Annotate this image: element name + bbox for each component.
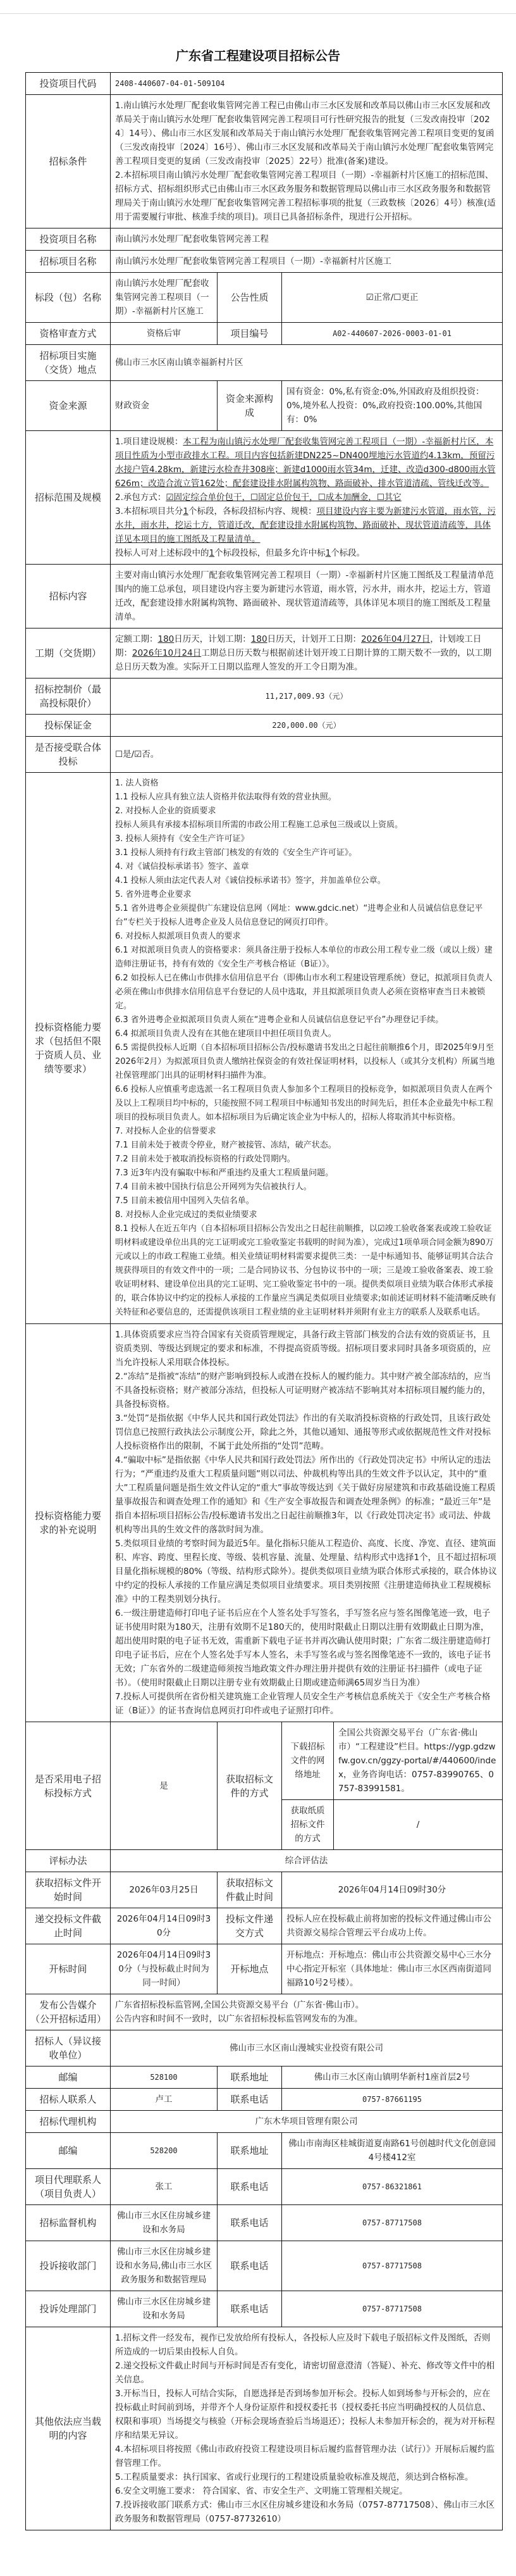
value-tenderer-contact: 卢工 — [111, 2089, 218, 2111]
label-tenderer-phone: 联系电话 — [218, 2089, 282, 2111]
period-text-a: 定额工期： — [115, 634, 158, 644]
row-location: 招标项目实施（交货）地点 佛山市三水区南山镇幸福新村片区 — [26, 345, 503, 381]
media-line-1: 广东省招标投标监管网,全国公共资源交易平台（广东省·佛山市）。 — [115, 1998, 498, 2012]
qualification-line: 7.1 目前未处于被责令停业，财产被接管、冻结，破产状态。 — [115, 1139, 498, 1153]
row-content: 招标内容 主要对南山镇污水处理厂配套收集管网完善工程项目（一期）-幸福新村片区施… — [26, 565, 503, 628]
label-project-number: 项目编号 — [218, 323, 282, 345]
qualification-line: 1. 法人资格 — [115, 777, 498, 791]
supplement-line: 1.具体资质要求应当符合国家有关资质管理规定，具备行政主管部门核发的合法有效的资… — [115, 1328, 498, 1370]
value-electronic: 是 — [111, 1722, 218, 1850]
row-tenderer: 招标人（异议接收单位） 佛山市三水区南山漫城实业投资有限公司 — [26, 2030, 503, 2066]
label-submit-deadline: 递交投标文件截止时间 — [26, 1908, 111, 1944]
others-line: 1.招标文件一经发布，视作已发放给所有投标人，各投标人应及时下载电子版招标文件及… — [115, 2331, 498, 2359]
scope-win-count: 1 — [326, 548, 331, 558]
qualification-line: 3. 投标人须持有《安全生产许可证》 — [115, 832, 498, 846]
value-tenderer-postcode: 528100 — [111, 2066, 218, 2089]
row-qualification: 投标资格能力要求（包括但不限于资质人员、业绩等要求） 1. 法人资格 1.1 投… — [26, 773, 503, 1324]
value-funding: 财政资金 — [111, 381, 218, 431]
value-control-price: 11,217,009.93（元） — [111, 678, 503, 715]
label-tenderer-address: 联系地址 — [218, 2066, 282, 2089]
value-complaint-handle-phone: 0757-87717508 — [282, 2291, 503, 2327]
value-consortium: ☐是/☑否。 — [111, 737, 503, 773]
qualification-line: 5. 省外进粤企业要求 — [115, 888, 498, 902]
others-line: 6.安全文明施工要求： 符合国家、省、市安全生产、文明施工管理相关规定。 — [115, 2484, 498, 2498]
value-tenderer-address: 佛山市三水区南山镇明华新村1座首层2号 — [282, 2066, 503, 2089]
supplement-line: 3.“处罚”是指依据《中华人民共和国行政处罚法》作出的有关取消投标资格的行政处罚… — [115, 1411, 498, 1453]
media-line-2: 公告内容和时间不一致时，以广东省招标投标监管网发布的为准。 — [115, 2012, 498, 2026]
value-complaint-receive-phone: 0757-87717508 — [282, 2241, 503, 2291]
period-start-date: 2026年04月27日 — [361, 634, 430, 644]
scope-item-2-body: ☑固定综合单价包干，☐固定总价包干，☐成本加酬金，☐其它 — [166, 492, 401, 503]
supplement-line: 4.“骗取中标”是指依据《中华人民共和国行政处罚法》所作出的《行政处罚决定书》中… — [115, 1453, 498, 1537]
row-media: 发布公告媒介（公开招标适用） 广东省招标投标监管网,全国公共资源交易平台（广东省… — [26, 1994, 503, 2030]
row-obtain-time: 获取招标文件开始时间 2026年03月25日 获取招标文件截止时间 2026年0… — [26, 1872, 503, 1908]
label-others: 其他依法应当载明的内容 — [26, 2327, 111, 2530]
qualification-line: 7.4 目前未被中国执行信息公开网列为失信被执行人。 — [115, 1180, 498, 1194]
row-submit: 递交投标文件截止时间 2026年04月14日09时30分 投标文件递交方式 投标… — [26, 1908, 503, 1944]
qualification-line: 3.1 投标人须持有行政主管部门核发的有效的《安全生产许可证》。 — [115, 846, 498, 860]
row-supplement: 投标资格能力要求的补充说明 1.具体资质要求应当符合国家有关资质管理规定，具备行… — [26, 1324, 503, 1722]
value-agency: 广东木华项目管理有限公司 — [111, 2111, 503, 2133]
label-conditions: 招标条件 — [26, 95, 111, 228]
row-investment-name: 投资项目名称 南山镇污水处理厂配套收集管网完善工程 — [26, 228, 503, 251]
qualification-line: 6.1 对拟派项目负责人的资格要求：须具备注册于投标人本单位的市政公用工程专业二… — [115, 944, 498, 972]
label-agency-postcode: 邮编 — [26, 2133, 111, 2169]
qualification-line: 7.3 近3年内没有骗取中标和严重违约及重大工程质量问题。 — [115, 1166, 498, 1180]
period-plan-days: 180 — [251, 634, 267, 644]
label-supervision: 招标监督机构 — [26, 2205, 111, 2241]
qualification-line: 6. 对投标人拟派项目负责人的要求 — [115, 930, 498, 944]
qualification-line: 7.5 目前未被信用中国列入失信名单。 — [115, 1194, 498, 1208]
scope-item-2: 2.承包方式：☑固定综合单价包干，☐固定总价包干，☐成本加酬金，☐其它 — [115, 491, 498, 504]
label-investment-name: 投资项目名称 — [26, 228, 111, 251]
label-funding-composition: 资金来源构成 — [218, 381, 282, 431]
qualification-line: 6.3 省外进粤企业拟派项目负责人须在“进粤企业和人员诚信信息登记平台”办理登记… — [115, 1013, 498, 1027]
period-text-b: 日历天，计划工期： — [174, 634, 251, 644]
label-content: 招标内容 — [26, 565, 111, 628]
label-opening-place: 开标地点 — [218, 1944, 282, 1994]
row-consortium: 是否接受联合体投标 ☐是/☑否。 — [26, 737, 503, 773]
row-tenderer-contact: 招标人联系人 卢工 联系电话 0757-87661195 — [26, 2089, 503, 2111]
row-agency-post: 邮编 528200 联系地址 佛山市南海区桂城街道夏南路61号创越时代文化创意园… — [26, 2133, 503, 2169]
label-media: 发布公告媒介（公开招标适用） — [26, 1994, 111, 2030]
scope-item-2-prefix: 2.承包方式： — [115, 492, 166, 503]
qualification-line: 6.5 需提供投标人近期（自本招标项目招标公告/投标邀请书发出之日起往前顺推6个… — [115, 1041, 498, 1083]
value-opening-time: 2026年04月14日09时30分（与投标截止时间为同一时间） — [111, 1944, 218, 1994]
row-evaluation: 评标办法 综合评估法 — [26, 1850, 503, 1872]
label-agency-contact: 项目代理联系人（项目负责人） — [26, 2169, 111, 2205]
bottom-spacer — [0, 2530, 516, 2576]
value-supervision-phone: 0757-87717508 — [282, 2205, 503, 2241]
value-qualification: 1. 法人资格 1.1 投标人应具有独立法人资格并依法取得有效的营业执照。 2.… — [111, 773, 503, 1324]
row-conditions: 招标条件 1.南山镇污水处理厂配套收集管网完善工程已由佛山市三水区发展和改革局以… — [26, 95, 503, 228]
label-submit-method: 投标文件递交方式 — [218, 1908, 282, 1944]
label-complaint-handle: 投诉处理部门 — [26, 2291, 111, 2327]
period-quota-days: 180 — [158, 634, 175, 644]
label-tender-name: 招标项目名称 — [26, 251, 111, 273]
row-complaint-receive: 投诉接收部门 佛山市三水区住房城乡建设和水务局,佛山市三水区政务服务和数据管理局… — [26, 2241, 503, 2291]
label-notice-nature: 公告性质 — [218, 273, 282, 323]
value-notice-nature: ☑正常/☐更正 — [282, 273, 503, 323]
label-tenderer-contact: 招标人联系人 — [26, 2089, 111, 2111]
label-agency-address: 联系地址 — [218, 2133, 282, 2169]
label-complaint-receive: 投诉接收部门 — [26, 2241, 111, 2291]
value-section: 南山镇污水处理厂配套收集管网完善工程项目（一期）-幸福新村片区施工 — [111, 273, 218, 323]
value-project-code: 2408-440607-04-01-509104 — [111, 73, 503, 95]
label-obtain-start: 获取招标文件开始时间 — [26, 1872, 111, 1908]
scope-item-3-mid: 个标段，各标段招标内容、规模： — [188, 506, 317, 516]
value-period: 定额工期：180日历天，计划工期：180日历天，计划开工日期：2026年04月2… — [111, 628, 503, 678]
row-agency-contact: 项目代理联系人（项目负责人） 张工 联系电话 0757-86321861 — [26, 2169, 503, 2205]
qualification-line: 8.1 投标人在近五年内（自本招标项目招标公告发出之日起往前顺推，以☑竣工验收备… — [115, 1222, 498, 1320]
label-supervision-phone: 联系电话 — [218, 2205, 282, 2241]
qualification-line: 投标人须具有承接本招标项目所需的市政公用工程施工总承包三级或以上资质。 — [115, 818, 498, 832]
row-project-code: 投资项目代码 2408-440607-04-01-509104 — [26, 73, 503, 95]
row-control-price: 招标控制价（最高投标限价） 11,217,009.93（元） — [26, 678, 503, 715]
label-complaint-handle-phone: 联系电话 — [218, 2291, 282, 2327]
qualification-line: 4.1 投标人须由法定代表人对《诚信投标承诺书》签字，并加盖单位公章。 — [115, 874, 498, 888]
row-tender-name: 招标项目名称 南山镇污水处理厂配套收集管网完善工程项目（一期）-幸福新村片区施工 — [26, 251, 503, 273]
value-project-number: A02-440607-2026-0003-01-01 — [282, 323, 503, 345]
value-media: 广东省招标投标监管网,全国公共资源交易平台（广东省·佛山市）。 公告内容和时间不… — [111, 1994, 503, 2030]
value-location: 佛山市三水区南山镇幸福新村片区 — [111, 345, 503, 381]
value-obtain-end: 2026年04月14日09时30分 — [282, 1872, 503, 1908]
tender-notice-table: 投资项目代码 2408-440607-04-01-509104 招标条件 1.南… — [25, 72, 503, 2530]
value-investment-name: 南山镇污水处理厂配套收集管网完善工程 — [111, 228, 503, 251]
label-control-price: 招标控制价（最高投标限价） — [26, 678, 111, 715]
row-tenderer-post: 邮编 528100 联系地址 佛山市三水区南山镇明华新村1座首层2号 — [26, 2066, 503, 2089]
label-opening-time: 开标时间 — [26, 1944, 111, 1994]
value-tender-name: 南山镇污水处理厂配套收集管网完善工程项目（一期）-幸福新村片区施工 — [111, 251, 503, 273]
value-download-address[interactable]: 全国公共资源交易平台（广东省·佛山市）“工程建设”栏目。https://ygp.… — [334, 1722, 503, 1800]
supplement-line: 6.一级注册建造师打印电子证书后应在个人签名处手写签名，手写签名应与签名图像笔迹… — [115, 1606, 498, 1690]
label-deposit: 投标保证金 — [26, 715, 111, 737]
value-agency-contact: 张工 — [111, 2169, 218, 2205]
value-others: 1.招标文件一经发布，视作已发放给所有投标人，各投标人应及时下载电子版招标文件及… — [111, 2327, 503, 2530]
value-deposit: 220,000.00（元） — [111, 715, 503, 737]
conditions-p1: 1.南山镇污水处理厂配套收集管网完善工程已由佛山市三水区发展和改革局以佛山市三水… — [115, 99, 498, 168]
scope-item-3: 3.本招标项目共分1个标段，各标段招标内容、规模：项目建设内容主要为新建污水管道… — [115, 504, 498, 546]
label-electronic: 是否采用电子招标投标方式 — [26, 1722, 111, 1850]
row-agency: 招标代理机构 广东木华项目管理有限公司 — [26, 2111, 503, 2133]
qualification-line: 6.4 拟派项目负责人没有在其他在建项目中担任项目负责人。 — [115, 1027, 498, 1041]
row-scope: 招标范围及规模 1.项目建设规模：本工程为南山镇污水处理厂配套收集管网完善工程项… — [26, 431, 503, 565]
top-divider — [0, 0, 516, 14]
label-supplement: 投标资格能力要求的补充说明 — [26, 1324, 111, 1722]
scope-section-count: 1 — [183, 506, 188, 516]
scope-item-4-b: 个标段投标，但最多允许中标 — [214, 548, 326, 558]
label-scope: 招标范围及规模 — [26, 431, 111, 565]
qualification-line: 1.1 投标人应具有独立法人资格并依法取得有效的营业执照。 — [115, 791, 498, 804]
qualification-line: 7.2 目前未处于被取消投标资格的行政处罚期内。 — [115, 1153, 498, 1166]
label-obtain-method: 获取招标文件的方式 — [218, 1722, 282, 1850]
conditions-p2: 2.本招标项目南山镇污水处理厂配套收集管网完善工程项目（一期）-幸福新村片区施工… — [115, 168, 498, 224]
label-paper-method: 获取纸质招标文件的方式 — [282, 1800, 334, 1850]
label-location: 招标项目实施（交货）地点 — [26, 345, 111, 381]
others-line: 2.递交投标文件截止时间与开标时间是否有变化，请密切留意澄清（答疑）、补充、修改… — [115, 2359, 498, 2387]
label-download-address: 下载招标文件的网络地址 — [282, 1722, 334, 1800]
label-qualification: 投标资格能力要求（包括但不限于资质人员、业绩等要求） — [26, 773, 111, 1324]
qualification-line: 7. 对投标人企业的信誉要求 — [115, 1125, 498, 1139]
value-submit-deadline: 2026年04月14日09时30分 — [111, 1908, 218, 1944]
label-tenderer: 招标人（异议接收单位） — [26, 2030, 111, 2066]
label-complaint-receive-phone: 联系电话 — [218, 2241, 282, 2291]
row-opening: 开标时间 2026年04月14日09时30分（与投标截止时间为同一时间） 开标地… — [26, 1944, 503, 1994]
label-project-code: 投资项目代码 — [26, 73, 111, 95]
page-title: 广东省工程建设项目招标公告 — [0, 47, 516, 65]
scope-item-4-a: 投标人可对上述标段中的 — [115, 548, 209, 558]
value-review-method: 资格后审 — [111, 323, 218, 345]
qualification-line: 6.2 如投标人已在佛山市供排水信用信息平台（即佛山市水利工程建设管理系统）登记… — [115, 972, 498, 1013]
row-period: 工期（交货期） 定额工期：180日历天，计划工期：180日历天，计划开工日期：2… — [26, 628, 503, 678]
row-supervision: 招标监督机构 佛山市三水区住房城乡建设和水务局 联系电话 0757-877175… — [26, 2205, 503, 2241]
value-agency-phone: 0757-86321861 — [282, 2169, 503, 2205]
label-agency: 招标代理机构 — [26, 2111, 111, 2133]
qualification-line: 6.6 投标人应慎重考虑选派一名工程项目负责人参加多个工程项目的投标竞争，如拟派… — [115, 1083, 498, 1125]
others-line: 7.投诉接收部门联系方式：佛山市三水区住房城乡建设和水务局（0757-87717… — [115, 2498, 498, 2526]
row-review: 资格审查方式 资格后审 项目编号 A02-440607-2026-0003-01… — [26, 323, 503, 345]
value-obtain-start: 2026年03月25日 — [111, 1872, 218, 1908]
value-submit-method: 投标人应在投标截止前将加密的投标文件通过佛山市公共资源交易综合管理云平台成功上传… — [282, 1908, 503, 1944]
value-complaint-receive: 佛山市三水区住房城乡建设和水务局,佛山市三水区政务服务和数据管理局 — [111, 2241, 218, 2291]
row-complaint-handle: 投诉处理部门 佛山市三水区住房城乡建设和水务局 联系电话 0757-877175… — [26, 2291, 503, 2327]
period-text-c: 日历天，计划开工日期： — [267, 634, 362, 644]
supplement-line: 5.类似项目业绩的考察时间为最近5年。量化指标只能从工程造价、高度、长度、净宽、… — [115, 1537, 498, 1606]
others-line: 3.开标当日，投标人可结合实际，自愿选择是否到场参加开标会。投标人如到场参与开标… — [115, 2387, 498, 2442]
others-line: 4.本招标项目将按照《佛山市政府投资工程建设项目标后履约监督管理办法（试行）》开… — [115, 2442, 498, 2470]
supplement-line: 2.“冻结”是指被“冻结”的财产影响到投标人或潜在投标人的履约能力。其中财产被全… — [115, 1370, 498, 1411]
row-deposit: 投标保证金 220,000.00（元） — [26, 715, 503, 737]
others-line: 5.工程质量要求：执行国家、省或行业现行的工程建设质量验收标准及规范，须达到合格… — [115, 2470, 498, 2484]
label-obtain-end: 获取招标文件截止时间 — [218, 1872, 282, 1908]
value-supplement: 1.具体资质要求应当符合国家有关资质管理规定，具备行政主管部门核发的合法有效的资… — [111, 1324, 503, 1722]
value-tenderer-phone: 0757-87661195 — [282, 2089, 503, 2111]
scope-item-1: 1.项目建设规模：本工程为南山镇污水处理厂配套收集管网完善工程项目（一期）-幸福… — [115, 435, 498, 491]
supplement-line: 7.投标人可提供所在省份相关建筑施工企业管理人员安全生产考核信息系统关于《安全生… — [115, 1690, 498, 1718]
label-evaluation: 评标办法 — [26, 1850, 111, 1872]
scope-bid-count: 1 — [209, 548, 215, 558]
row-funding: 资金来源 财政资金 资金来源构成 国有资金：0%,私有资金:0%,外国政府及组织… — [26, 381, 503, 431]
value-tenderer: 佛山市三水区南山漫城实业投资有限公司 — [111, 2030, 503, 2066]
row-section: 标段（包）名称 南山镇污水处理厂配套收集管网完善工程项目（一期）-幸福新村片区施… — [26, 273, 503, 323]
value-agency-address: 佛山市南海区桂城街道夏南路61号创越时代文化创意园4号楼412室 — [282, 2133, 503, 2169]
value-supervision: 佛山市三水区住房城乡建设和水务局 — [111, 2205, 218, 2241]
label-tenderer-postcode: 邮编 — [26, 2066, 111, 2089]
value-complaint-handle: 佛山市三水区住房城乡建设和水务局 — [111, 2291, 218, 2327]
qualification-line: 4. 对《诚信投标承诺书》签字、盖章 — [115, 860, 498, 874]
label-period: 工期（交货期） — [26, 628, 111, 678]
row-electronic: 是否采用电子招标投标方式 是 获取招标文件的方式 下载招标文件的网络地址 全国公… — [26, 1722, 503, 1800]
value-agency-postcode: 528200 — [111, 2133, 218, 2169]
row-others: 其他依法应当载明的内容 1.招标文件一经发布，视作已发放给所有投标人，各投标人应… — [26, 2327, 503, 2530]
value-paper-method: / — [334, 1800, 503, 1850]
value-content: 主要对南山镇污水处理厂配套收集管网完善工程项目（一期）-幸福新村片区施工图纸及工… — [111, 565, 503, 628]
qualification-line: 8. 对投标人企业完成过的类似业绩要求 — [115, 1208, 498, 1222]
label-agency-phone: 联系电话 — [218, 2169, 282, 2205]
qualification-line: 5.1 省外进粤企业须提供广东建设信息网（网址：www.gdcic.net）“进… — [115, 902, 498, 930]
value-funding-composition: 国有资金：0%,私有资金:0%,外国政府及组织投资：0%,境外私人投资：0%,政… — [282, 381, 503, 431]
scope-item-1-prefix: 1.项目建设规模： — [115, 437, 183, 447]
value-scope: 1.项目建设规模：本工程为南山镇污水处理厂配套收集管网完善工程项目（一期）-幸福… — [111, 431, 503, 565]
label-review-method: 资格审查方式 — [26, 323, 111, 345]
label-section: 标段（包）名称 — [26, 273, 111, 323]
value-opening-place: 开标地点：开标地点：佛山市公共资源交易中心三水分中心指定开标室（具体地址：佛山市… — [282, 1944, 503, 1994]
value-evaluation: 综合评估法 — [111, 1850, 503, 1872]
scope-item-4-c: 个标段。 — [331, 548, 365, 558]
qualification-line: 2. 对投标人企业的资质要求 — [115, 804, 498, 818]
value-conditions: 1.南山镇污水处理厂配套收集管网完善工程已由佛山市三水区发展和改革局以佛山市三水… — [111, 95, 503, 228]
label-consortium: 是否接受联合体投标 — [26, 737, 111, 773]
period-end-date: 2026年10月24日 — [132, 648, 201, 658]
label-funding: 资金来源 — [26, 381, 111, 431]
scope-item-4: 投标人可对上述标段中的1个标段投标，但最多允许中标1个标段。 — [115, 546, 498, 560]
scope-item-3-prefix: 3.本招标项目共分 — [115, 506, 183, 516]
